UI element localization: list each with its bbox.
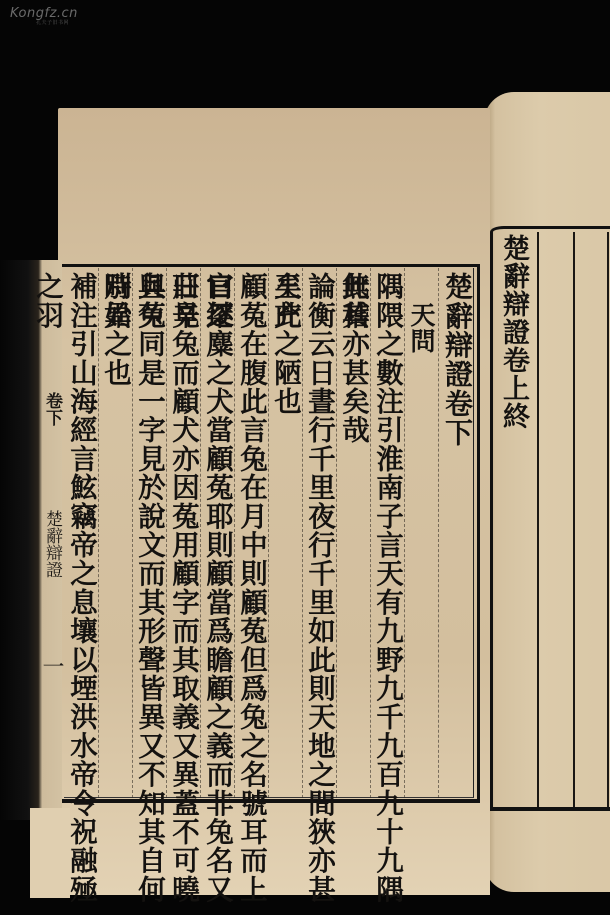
chapter-title: 楚辭辯證卷下 [440, 272, 474, 447]
text-column-1: 隅隈之數注引淮南子言天有九野九千九百九十九隅此其 [370, 272, 404, 915]
text-column-4: 王充之陋也 [268, 272, 302, 416]
text-column-10: 補注引山海經言鮌竊帝之息壤以堙洪水帝令祝融殛之羽 [64, 272, 98, 915]
watermark: Kongfz.cn 孔夫子旧书网 [10, 6, 78, 26]
fold-book-title: 楚辭辯證 [42, 510, 62, 578]
text-column-3: 論衡云日晝行千里夜行千里如此則天地之間狹亦甚矣此 [302, 272, 336, 915]
fold-page-number: 一 [40, 655, 62, 677]
fold-volume-label: 卷下 [42, 392, 62, 426]
section-heading: 天問 [404, 302, 438, 354]
text-column-5: 顧菟在腹此言兔在月中則顧菟但爲兔之名號耳而上官桀 [234, 272, 268, 915]
text-column-9: 別異之也 [98, 272, 132, 387]
volume-end-title: 楚辭辯證卷上終 [496, 234, 530, 430]
text-column-2: 無稽亦甚矣哉 [336, 272, 370, 444]
text-column-6: 曰逐麋之犬當顧菟耶則顧當爲瞻顧之義而非兔名又莊辛 [200, 272, 234, 915]
text-column-8: 與菟同是一字見於說文而其形聲皆異又不知其自何時始 [132, 272, 166, 915]
column-rule [573, 232, 575, 807]
column-rule [537, 232, 539, 807]
column-rule [607, 232, 609, 807]
text-column-7: 曰見兔而顧犬亦因菟用顧字而其取義又異蓋不可曉且兔 [166, 272, 200, 915]
